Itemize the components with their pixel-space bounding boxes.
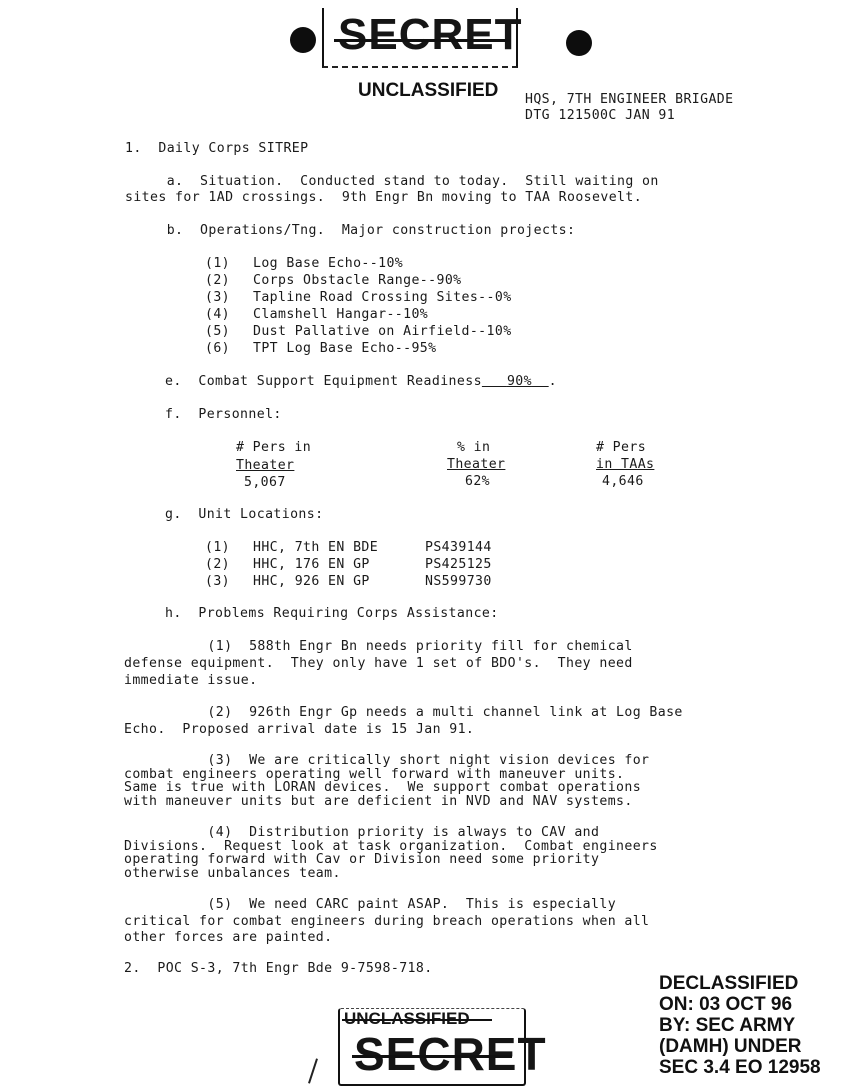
project-item: (1)Log Base Echo--10% <box>205 255 512 272</box>
strikethrough-line <box>342 1019 492 1021</box>
header-hq: HQS, 7TH ENGINEER BRIGADE <box>525 91 734 108</box>
pen-mark <box>308 1058 318 1083</box>
declassification-block: DECLASSIFIED ON: 03 OCT 96 BY: SEC ARMY … <box>659 973 821 1078</box>
unit-item: (3)HHC, 926 EN GPNS599730 <box>205 573 492 590</box>
secret-stamp-top: SECRET <box>322 8 518 68</box>
poc-line: 2. POC S-3, 7th Engr Bde 9-7598-718. <box>124 960 433 977</box>
project-item: (3)Tapline Road Crossing Sites--0% <box>205 289 512 306</box>
unit-locations-title: g. Unit Locations: <box>165 506 323 523</box>
strikethrough-line <box>352 1055 512 1058</box>
personnel-col-pers-in-taas: # Pers in TAAs 4,646 <box>596 439 686 490</box>
unit-item: (2)HHC, 176 EN GPPS425125 <box>205 556 492 573</box>
situation-line-2: sites for 1AD crossings. 9th Engr Bn mov… <box>125 189 642 206</box>
unclassified-marking-top: UNCLASSIFIED <box>358 80 498 102</box>
personnel-col-pers-in-theater: # Pers in Theater 5,067 <box>236 439 336 491</box>
punch-hole-left <box>290 27 316 53</box>
strikethrough-line <box>334 39 510 42</box>
header-dtg: DTG 121500C JAN 91 <box>525 107 675 124</box>
readiness-value: 90% <box>482 374 549 389</box>
situation-line-1: a. Situation. Conducted stand to today. … <box>125 173 659 190</box>
unit-item: (1)HHC, 7th EN BDEPS439144 <box>205 539 492 556</box>
project-item: (4)Clamshell Hangar--10% <box>205 306 512 323</box>
problems-title: h. Problems Requiring Corps Assistance: <box>165 605 499 622</box>
secret-stamp-bottom: UNCLASSIFIED SECRET <box>338 1008 526 1086</box>
punch-hole-right <box>566 30 592 56</box>
personnel-title: f. Personnel: <box>165 406 282 423</box>
secret-stamp-text: SECRET <box>354 1027 547 1081</box>
section-title: 1. Daily Corps SITREP <box>125 140 308 157</box>
problem-1: (1) 588th Engr Bn needs priority fill fo… <box>124 638 633 689</box>
project-item: (5)Dust Pallative on Airfield--10% <box>205 323 512 340</box>
problem-2: (2) 926th Engr Gp needs a multi channel … <box>124 704 683 738</box>
project-item: (6)TPT Log Base Echo--95% <box>205 340 512 357</box>
project-item: (2)Corps Obstacle Range--90% <box>205 272 512 289</box>
secret-stamp-text: SECRET <box>338 10 522 60</box>
problem-5: (5) We need CARC paint ASAP. This is esp… <box>124 897 649 947</box>
unit-locations-list: (1)HHC, 7th EN BDEPS439144 (2)HHC, 176 E… <box>205 539 492 590</box>
equipment-readiness: e. Combat Support Equipment Readiness 90… <box>165 373 557 390</box>
problem-4: (4) Distribution priority is always to C… <box>124 826 658 880</box>
problem-3: (3) We are critically short night vision… <box>124 754 649 808</box>
personnel-col-pct-in-theater: % in Theater 62% <box>447 439 537 490</box>
projects-list: (1)Log Base Echo--10% (2)Corps Obstacle … <box>205 255 512 357</box>
operations-title: b. Operations/Tng. Major construction pr… <box>125 222 575 239</box>
